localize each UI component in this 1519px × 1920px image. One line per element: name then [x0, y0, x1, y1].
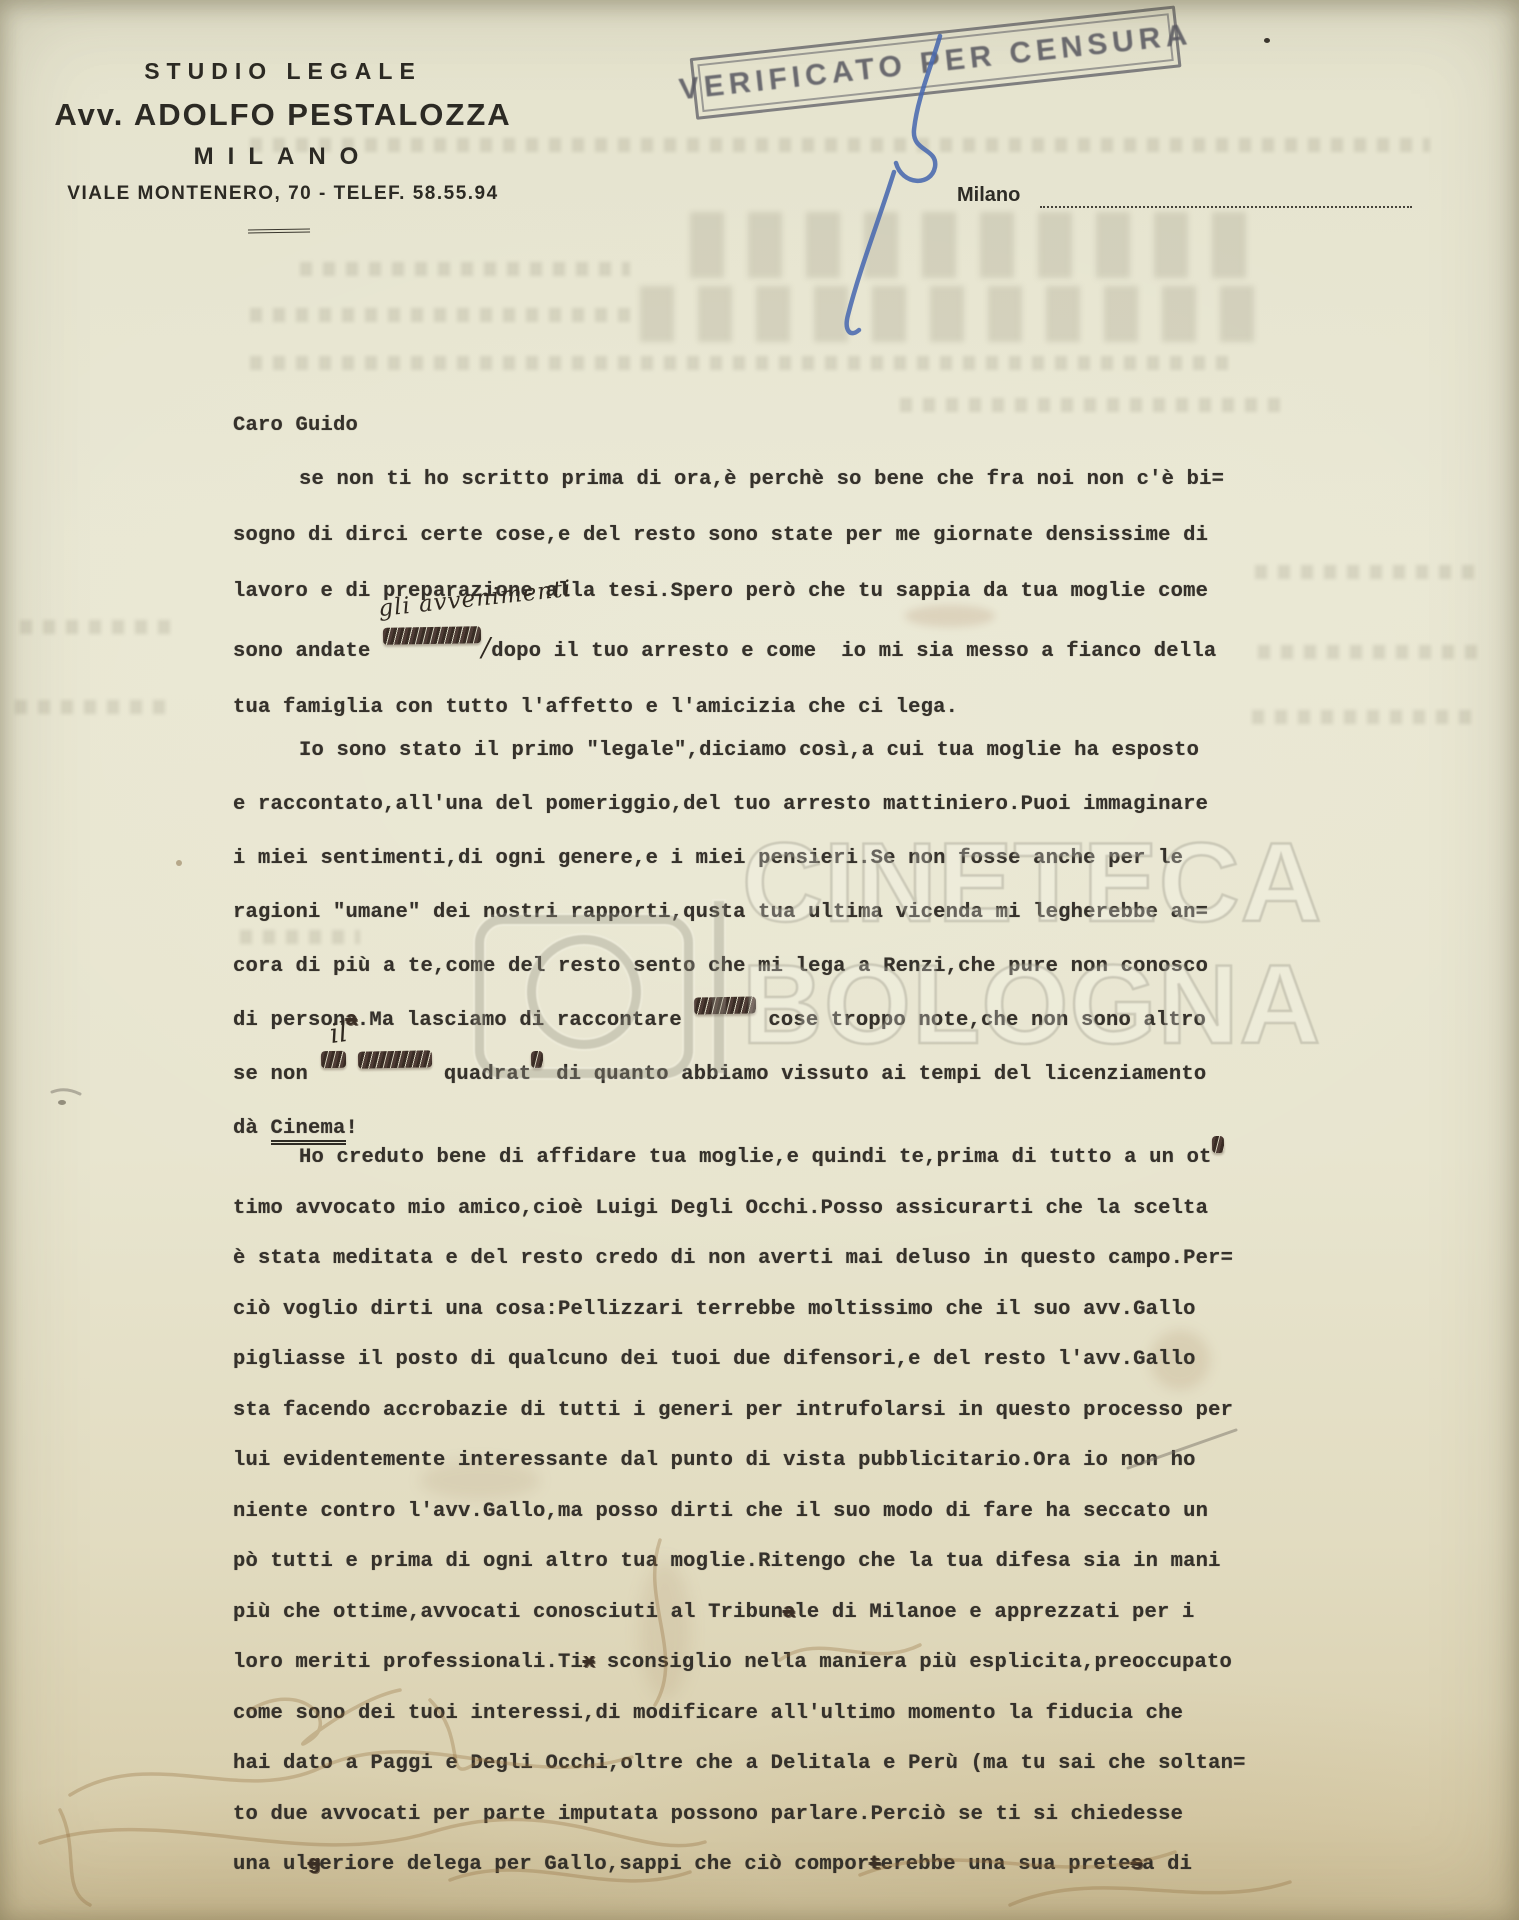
letterhead-office: STUDIO LEGALE: [18, 58, 548, 85]
bleedthrough-line: [300, 262, 630, 276]
typed-line: sta facendo accrobazie di tutti i generi…: [233, 1386, 1248, 1437]
salutation: Caro Guido: [233, 414, 358, 437]
typed-line: sogno di dirci certe cose,e del resto so…: [233, 508, 1248, 564]
bleedthrough-line: [900, 398, 1280, 412]
date-line-label: Milano: [957, 184, 1020, 206]
typed-line: sono andate /dopo il tuo arresto e come …: [233, 620, 1248, 680]
ink-speck: [1264, 38, 1270, 43]
typed-text: cose troppo note,che non sono altro: [756, 1009, 1206, 1032]
typed-line: to due avvocati per parte imputata posso…: [233, 1790, 1248, 1841]
date-line-dotted-rule: [1040, 186, 1412, 208]
obliterated-word: [531, 1051, 544, 1068]
bleedthrough-line: [1255, 565, 1485, 579]
handwritten-caret: /: [481, 633, 491, 663]
obliterated-word: [383, 626, 482, 645]
typed-text: quadrat: [431, 1063, 531, 1086]
bleedthrough-line: [250, 356, 1230, 370]
paragraph: Io sono stato il primo "legale",diciamo …: [233, 724, 1248, 1156]
letterhead-city: MILANO: [18, 143, 548, 171]
typed-text: cora di più a te,come del resto sento ch…: [233, 955, 1208, 978]
bleedthrough-line: [1258, 645, 1478, 659]
typed-text: eriore delega per Gallo,sappi che ciò co…: [319, 1853, 869, 1876]
typed-text: dopo il tuo arresto e come io mi sia mes…: [491, 640, 1216, 663]
bleedthrough-line: [1252, 710, 1482, 724]
paragraph: se non ti ho scritto prima di ora,è perc…: [233, 452, 1248, 736]
typed-text: se non: [233, 1063, 321, 1086]
bleedthrough-line: [20, 620, 170, 634]
typed-line: loro meriti professionali.Tix sconsiglio…: [233, 1638, 1248, 1689]
typed-text: e raccontato,all'una del pomeriggio,del …: [233, 793, 1208, 816]
obliterated-word: [694, 996, 756, 1014]
typed-text: .Ma lasciamo di raccontare: [357, 1009, 695, 1032]
typed-text: lui evidentemente interessante dal punto…: [233, 1449, 1196, 1472]
typed-text: to due avvocati per parte imputata posso…: [233, 1803, 1183, 1826]
typed-text: sta facendo accrobazie di tutti i generi…: [233, 1399, 1233, 1422]
typed-text: i miei sentimenti,di ogni genere,e i mie…: [233, 847, 1183, 870]
typed-text: a: [346, 1009, 357, 1032]
censor-stamp-text: VERIFICATO PER CENSURA: [677, 18, 1193, 107]
paragraph: Ho creduto bene di affidare tua moglie,e…: [233, 1133, 1248, 1891]
obliterated-word: [357, 1050, 431, 1068]
typed-text: niente contro l'avv.Gallo,ma posso dirti…: [233, 1500, 1208, 1523]
scanned-letter-page: STUDIO LEGALE Avv. ADOLFO PESTALOZZA MIL…: [0, 0, 1519, 1920]
typed-line: niente contro l'avv.Gallo,ma posso dirti…: [233, 1487, 1248, 1538]
typed-line: di persona.Ma lasciamo di raccontare cos…: [233, 994, 1248, 1048]
typed-text: se non ti ho scritto prima di ora,è perc…: [299, 468, 1224, 491]
letterhead-underline-flourish: [248, 228, 310, 233]
typed-line: lui evidentemente interessante dal punto…: [233, 1436, 1248, 1487]
typed-text: t: [869, 1853, 880, 1876]
typed-line: i miei sentimenti,di ogni genere,e i mie…: [233, 832, 1248, 886]
typed-text: sono andate: [233, 640, 383, 663]
typed-text: tua famiglia con tutto l'affetto e l'ami…: [233, 696, 958, 719]
typed-line: se non ti ho scritto prima di ora,è perc…: [233, 452, 1248, 508]
typed-line: più che ottime,avvocati conosciuti al Tr…: [233, 1588, 1248, 1639]
typed-line: pigliasse il posto di qualcuno dei tuoi …: [233, 1335, 1248, 1386]
ink-speck: [176, 860, 182, 866]
typed-line: cora di più a te,come del resto sento ch…: [233, 940, 1248, 994]
letterhead-address: VIALE MONTENERO, 70 - TELEF. 58.55.94: [18, 183, 548, 205]
typed-text: sconsiglio nella maniera più esplicita,p…: [594, 1651, 1232, 1674]
typed-line: pò tutti e prima di ogni altro tua mogli…: [233, 1537, 1248, 1588]
typed-text: g: [308, 1853, 319, 1876]
typed-text: a: [783, 1601, 794, 1624]
typed-text: sogno di dirci certe cose,e del resto so…: [233, 524, 1208, 547]
typed-text: ciò voglio dirti una cosa:Pellizzari ter…: [233, 1298, 1196, 1321]
typed-line: è stata meditata e del resto credo di no…: [233, 1234, 1248, 1285]
bleedthrough-line: [250, 308, 630, 322]
ink-speck: [58, 1100, 66, 1105]
typed-text: [345, 1063, 358, 1086]
typed-text: più che ottime,avvocati conosciuti al Tr…: [233, 1601, 783, 1624]
typed-line: ciò voglio dirti una cosa:Pellizzari ter…: [233, 1285, 1248, 1336]
bleedthrough-headline: [640, 286, 1260, 342]
typed-text: s: [1131, 1853, 1142, 1876]
typed-text: timo avvocato mio amico,cioè Luigi Degli…: [233, 1197, 1208, 1220]
typed-text: di quanto abbiamo vissuto ai tempi del l…: [544, 1063, 1207, 1086]
typed-line: e raccontato,all'una del pomeriggio,del …: [233, 778, 1248, 832]
typed-text: come sono dei tuoi interessi,di modifica…: [233, 1702, 1183, 1725]
typed-text: ragioni "umane" dei nostri rapporti,qust…: [233, 901, 1208, 924]
typed-line: una ulgeriore delega per Gallo,sappi che…: [233, 1840, 1248, 1891]
typed-text: a di: [1142, 1853, 1192, 1876]
obliterated-word: [320, 1051, 345, 1068]
typed-text: Ho creduto bene di affidare tua moglie,e…: [299, 1146, 1212, 1169]
bleedthrough-headline: [690, 212, 1250, 278]
typed-line: ragioni "umane" dei nostri rapporti,qust…: [233, 886, 1248, 940]
letterhead: STUDIO LEGALE Avv. ADOLFO PESTALOZZA MIL…: [18, 58, 548, 205]
censor-stamp: VERIFICATO PER CENSURA: [690, 5, 1182, 119]
typed-text: è stata meditata e del resto credo di no…: [233, 1247, 1233, 1270]
typed-line: Io sono stato il primo "legale",diciamo …: [233, 724, 1248, 778]
typed-line: timo avvocato mio amico,cioè Luigi Degli…: [233, 1184, 1248, 1235]
typed-text: pigliasse il posto di qualcuno dei tuoi …: [233, 1348, 1196, 1371]
typed-text: x: [583, 1651, 594, 1674]
letterhead-name: Avv. ADOLFO PESTALOZZA: [18, 97, 548, 133]
typed-text: hai dato a Paggi e Degli Occhi,oltre che…: [233, 1752, 1246, 1775]
typed-text: erebbe una sua prete: [881, 1853, 1131, 1876]
bleedthrough-line: [15, 700, 175, 714]
censor-stamp-inner-border: VERIFICATO PER CENSURA: [697, 13, 1173, 112]
obliterated-word: [1212, 1136, 1225, 1153]
typed-text: Io sono stato il primo "legale",diciamo …: [299, 739, 1199, 762]
typed-line: come sono dei tuoi interessi,di modifica…: [233, 1689, 1248, 1740]
typed-text: pò tutti e prima di ogni altro tua mogli…: [233, 1550, 1221, 1573]
typed-line: se non quadrat di quanto abbiamo vissuto…: [233, 1048, 1248, 1102]
typed-line: hai dato a Paggi e Degli Occhi,oltre che…: [233, 1739, 1248, 1790]
typed-text: una ul: [233, 1853, 308, 1876]
typed-line: Ho creduto bene di affidare tua moglie,e…: [233, 1133, 1248, 1184]
date-line: Milano: [957, 184, 1020, 207]
typed-text: loro meriti professionali.Ti: [233, 1651, 583, 1674]
typed-text: le di Milanoe e apprezzati per i: [794, 1601, 1194, 1624]
